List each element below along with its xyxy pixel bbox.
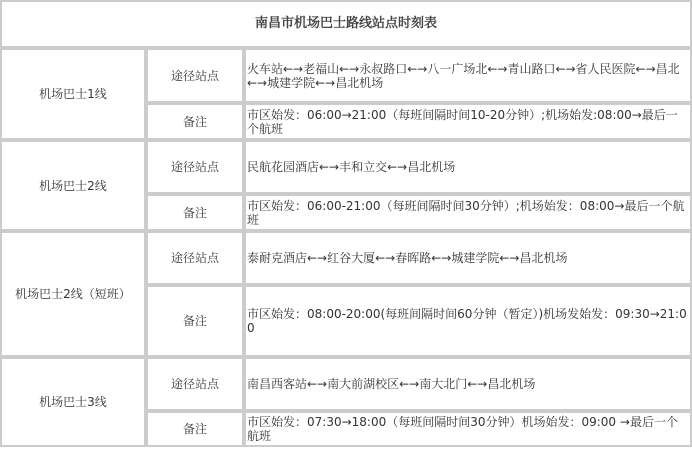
line-name: 机场巴士2线（短班）	[0, 231, 146, 357]
line-name: 机场巴士2线	[0, 140, 146, 231]
note-label: 备注	[146, 411, 244, 447]
route-stops: 民航花园酒店←→丰和立交←→昌北机场	[244, 140, 692, 194]
line-name: 机场巴士1线	[0, 48, 146, 140]
route-stops: 泰耐克酒店←→红谷大厦←→春晖路←→城建学院←→昌北机场	[244, 231, 692, 285]
schedule-note: 市区始发：08:00-20:00(每班间隔时间60分钟（暂定）)机场发始发：09…	[244, 285, 692, 357]
route-label: 途径站点	[146, 48, 244, 103]
note-label: 备注	[146, 194, 244, 231]
route-stops: 火车站←→老福山←→永叔路口←→八一广场北←→青山路口←→省人民医院←→昌北←→…	[244, 48, 692, 103]
route-stops: 南昌西客站←→南大前湖校区←→南大北门←→昌北机场	[244, 357, 692, 411]
schedule-note: 市区始发：06:00→21:00（每班间隔时间10-20分钟）;机场始发:08:…	[244, 103, 692, 140]
note-label: 备注	[146, 285, 244, 357]
schedule-note: 市区始发：07:30→18:00（每班间隔时间30分钟）机场始发：09:00 →…	[244, 411, 692, 447]
note-label: 备注	[146, 103, 244, 140]
route-label: 途径站点	[146, 231, 244, 285]
route-label: 途径站点	[146, 140, 244, 194]
schedule-note: 市区始发：06:00-21:00（每班间隔时间30分钟）;机场始发：08:00→…	[244, 194, 692, 231]
line-name: 机场巴士3线	[0, 357, 146, 447]
table-title: 南昌市机场巴士路线站点时刻表	[0, 0, 692, 48]
route-label: 途径站点	[146, 357, 244, 411]
bus-schedule-table: 南昌市机场巴士路线站点时刻表 机场巴士1线 途径站点 火车站←→老福山←→永叔路…	[0, 0, 692, 447]
